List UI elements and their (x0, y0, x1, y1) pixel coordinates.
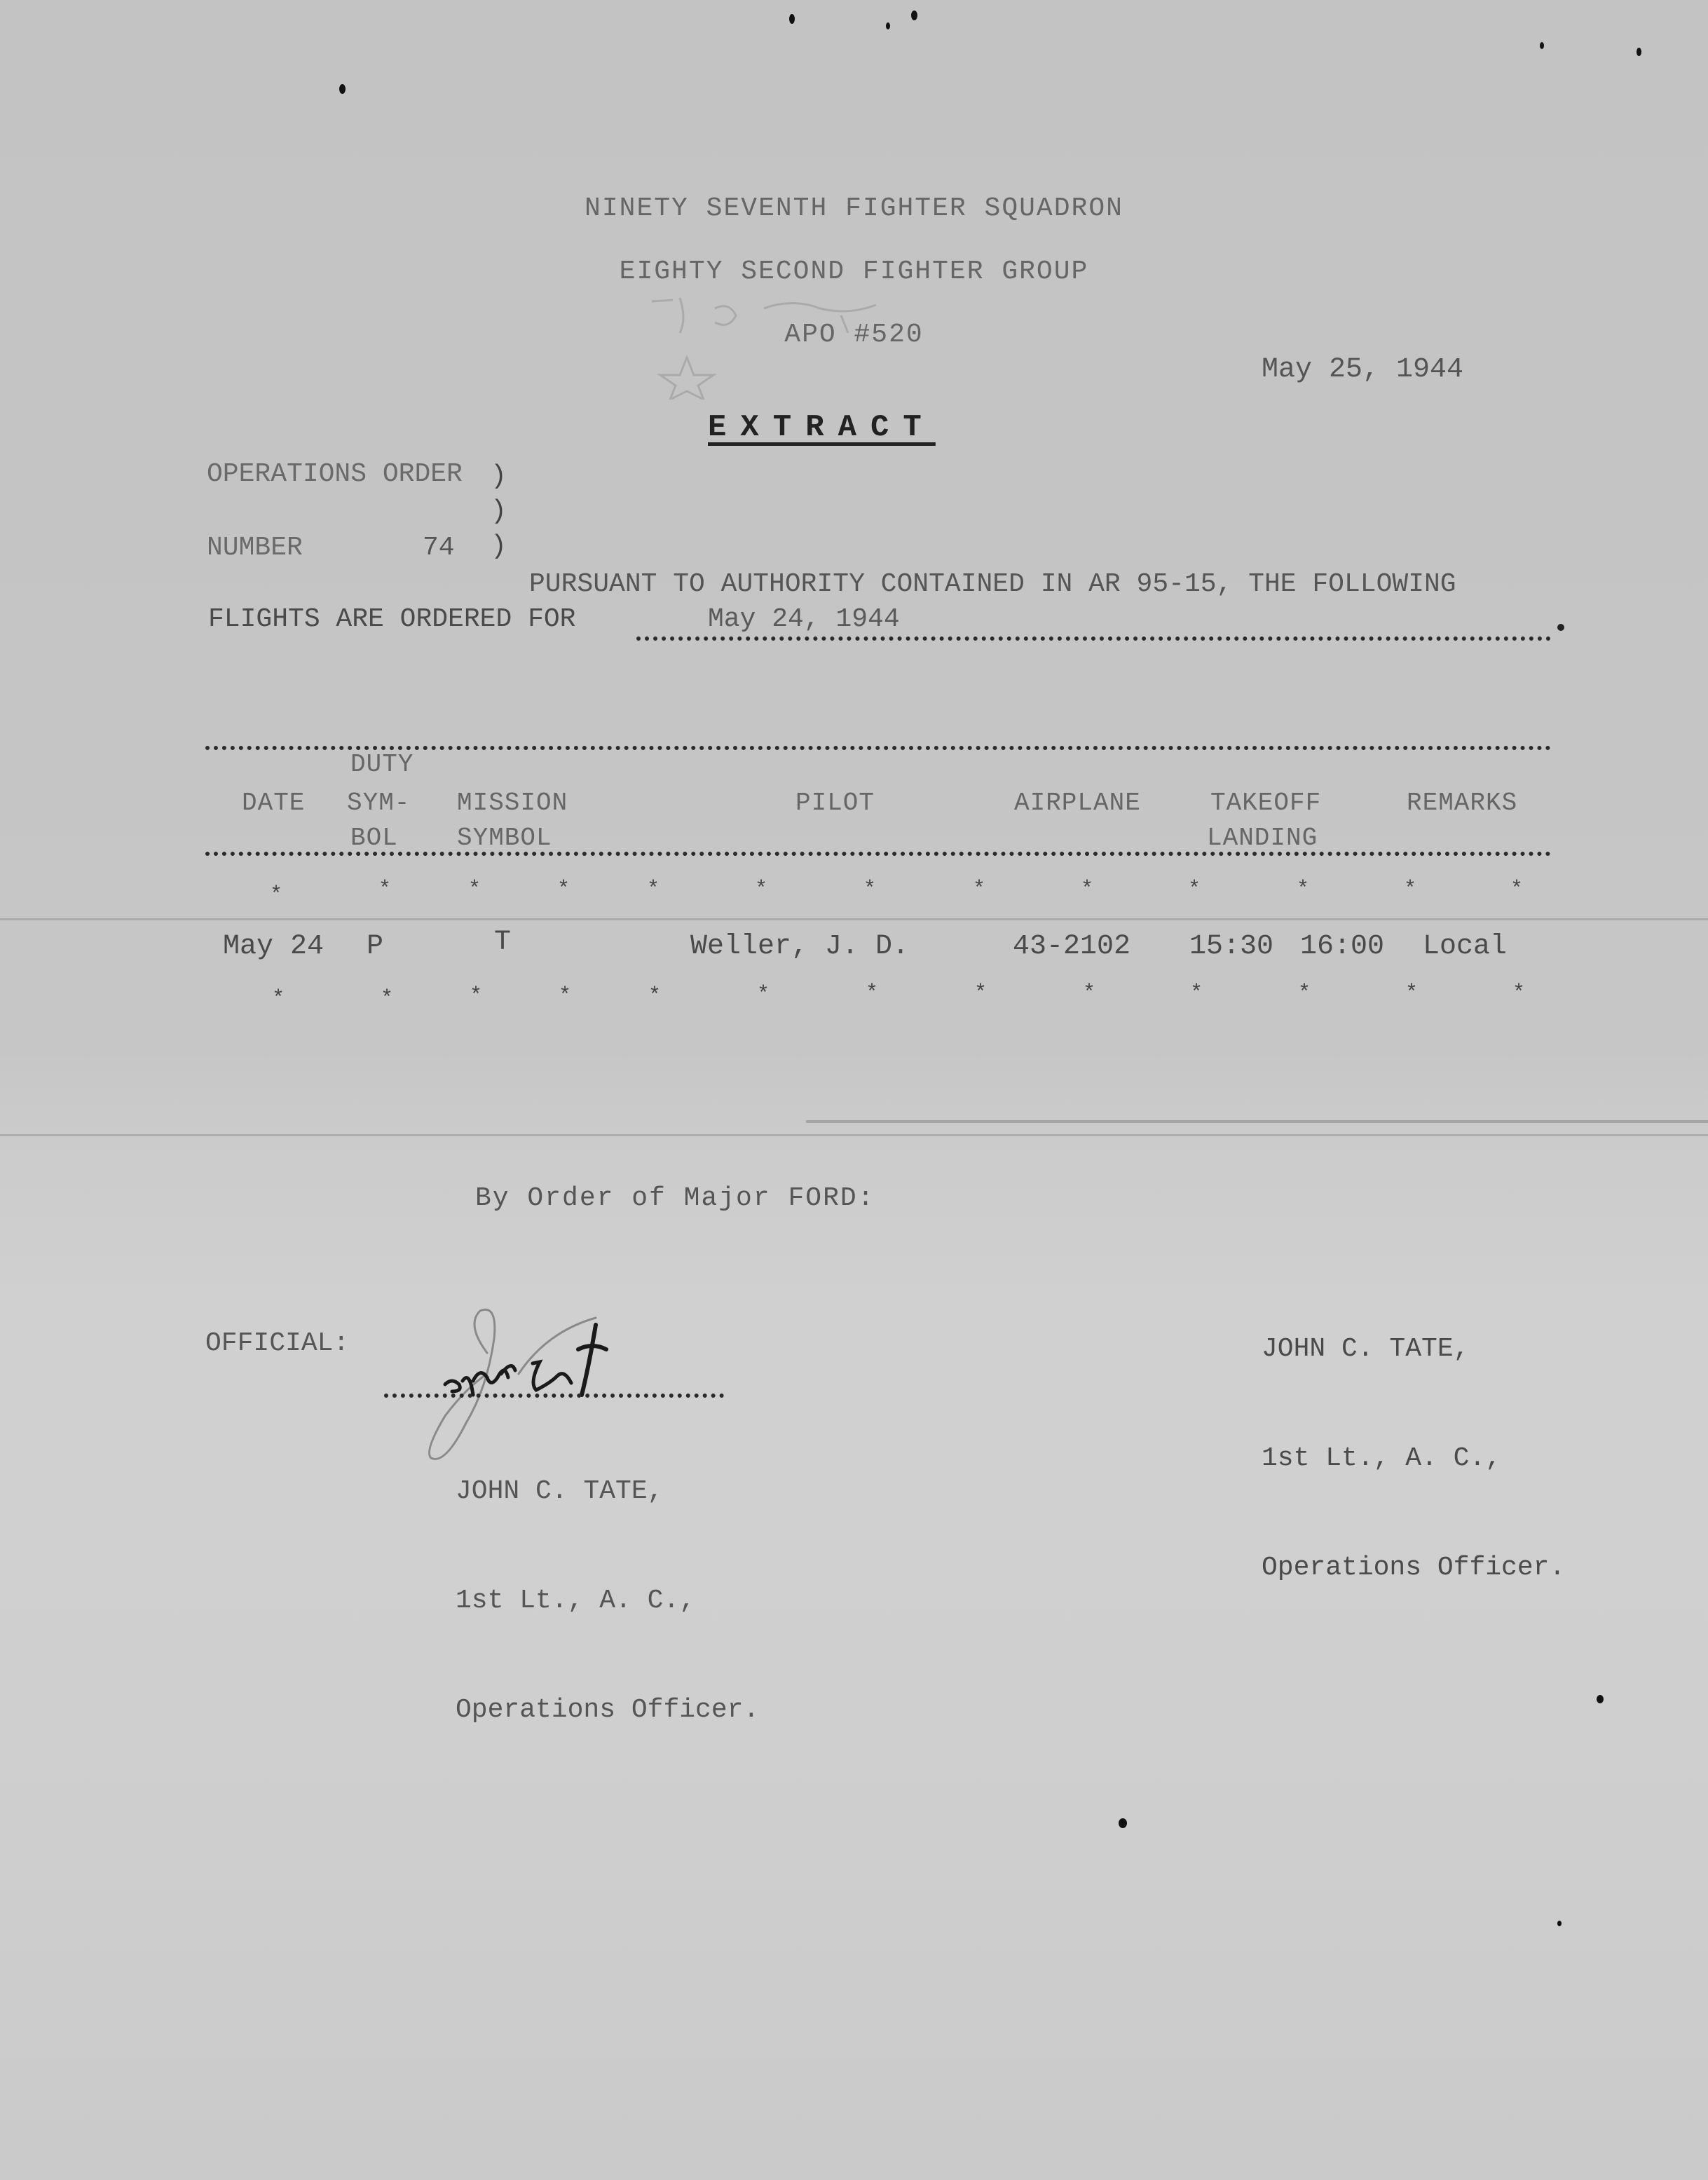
star-glyph: * (559, 984, 571, 1008)
star-glyph: * (1510, 878, 1523, 901)
order-number: 74 (423, 533, 455, 563)
table-header-rule (205, 852, 1551, 856)
star-glyph: * (470, 984, 482, 1008)
scan-speck (1637, 48, 1641, 56)
flight-date: May 24, 1944 (708, 604, 900, 634)
faded-stamp-mark (631, 287, 925, 400)
scan-speck (339, 84, 346, 94)
scan-fold-line (0, 1134, 1708, 1136)
cell-date: May 24 (223, 931, 324, 962)
cell-pilot: Weller, J. D. (690, 931, 909, 962)
letterhead-squadron: NINETY SEVENTH FIGHTER SQUADRON (0, 190, 1708, 228)
star-glyph: * (270, 883, 282, 907)
scan-speck (1540, 42, 1544, 49)
star-separator-bottom: * * * * * * * * * * * * * (0, 981, 1708, 1009)
cell-remarks: Local (1423, 931, 1507, 962)
header-remarks: REMARKS (1407, 789, 1517, 817)
header-duty-symbol-line1: DUTY (350, 750, 414, 779)
official-label: OFFICIAL: (205, 1328, 349, 1358)
header-airplane: AIRPLANE (1014, 789, 1141, 817)
scan-speck (1557, 1921, 1562, 1926)
scan-speck (1119, 1818, 1127, 1828)
star-glyph: * (866, 981, 878, 1005)
header-duty-symbol-line3: BOL (350, 824, 398, 852)
signatory-name: JOHN C. TATE, (1262, 1331, 1565, 1368)
star-glyph: * (1188, 878, 1201, 901)
star-glyph: * (468, 878, 481, 901)
signatory-block-official: JOHN C. TATE, 1st Lt., A. C., Operations… (456, 1401, 759, 1765)
flights-ordered-label: FLIGHTS ARE ORDERED FOR (208, 604, 576, 634)
scan-speck (1597, 1695, 1604, 1703)
scan-fold-line (0, 918, 1708, 920)
star-glyph: * (757, 983, 770, 1007)
cell-landing: 16:00 (1300, 931, 1384, 962)
order-number-label: NUMBER (207, 533, 303, 563)
official-rank: 1st Lt., A. C., (456, 1583, 759, 1619)
star-glyph: * (272, 987, 285, 1011)
bracket-glyph: ))) (491, 459, 507, 564)
header-landing: LANDING (1207, 824, 1318, 852)
cell-mission-symbol: T (494, 927, 511, 958)
cell-duty-symbol: P (367, 931, 383, 962)
header-duty-symbol-line2: SYM- (347, 789, 410, 817)
by-order-line: By Order of Major FORD: (475, 1183, 875, 1213)
official-title: Operations Officer. (456, 1692, 759, 1729)
signatory-rank: 1st Lt., A. C., (1262, 1440, 1565, 1477)
star-glyph: * (974, 981, 987, 1005)
header-date: DATE (242, 789, 305, 817)
star-glyph: * (647, 878, 660, 901)
star-glyph: * (863, 878, 876, 901)
star-glyph: * (755, 878, 767, 901)
header-pilot: PILOT (795, 789, 875, 817)
header-mission-symbol-line2: SYMBOL (457, 824, 552, 852)
star-glyph: * (1081, 878, 1093, 901)
star-glyph: * (1512, 981, 1525, 1005)
signatory-title: Operations Officer. (1262, 1550, 1565, 1586)
operations-order-label: OPERATIONS ORDER (207, 459, 463, 489)
star-glyph: * (378, 878, 391, 901)
star-glyph: * (1405, 981, 1418, 1005)
cell-airplane: 43-2102 (1013, 931, 1130, 962)
star-glyph: * (1297, 878, 1309, 901)
scan-speck (789, 14, 795, 24)
star-separator-top: * * * * * * * * * * * * * (0, 878, 1708, 906)
star-glyph: * (1190, 981, 1203, 1005)
header-mission-symbol-line1: MISSION (457, 789, 568, 817)
official-name: JOHN C. TATE, (456, 1473, 759, 1510)
header-takeoff: TAKEOFF (1210, 789, 1321, 817)
star-glyph: * (1298, 981, 1311, 1005)
star-glyph: * (381, 987, 393, 1011)
page-title: EXTRACT (708, 410, 936, 445)
star-glyph: * (973, 878, 985, 901)
signature-line (384, 1394, 724, 1398)
cell-takeoff: 15:30 (1189, 931, 1273, 962)
star-glyph: * (648, 984, 661, 1008)
letterhead-group: EIGHTY SECOND FIGHTER GROUP (0, 253, 1708, 291)
star-glyph: * (1404, 878, 1416, 901)
signatory-block-right: JOHN C. TATE, 1st Lt., A. C., Operations… (1262, 1258, 1565, 1623)
scan-speck (886, 22, 890, 29)
scan-fold-line (806, 1120, 1708, 1123)
period-mark (1557, 624, 1564, 631)
authority-statement: PURSUANT TO AUTHORITY CONTAINED IN AR 95… (529, 569, 1456, 599)
flight-date-underline (636, 636, 1551, 641)
scan-speck (911, 11, 917, 20)
star-glyph: * (557, 878, 570, 901)
document-date: May 25, 1944 (1262, 354, 1463, 386)
star-glyph: * (1083, 981, 1095, 1005)
